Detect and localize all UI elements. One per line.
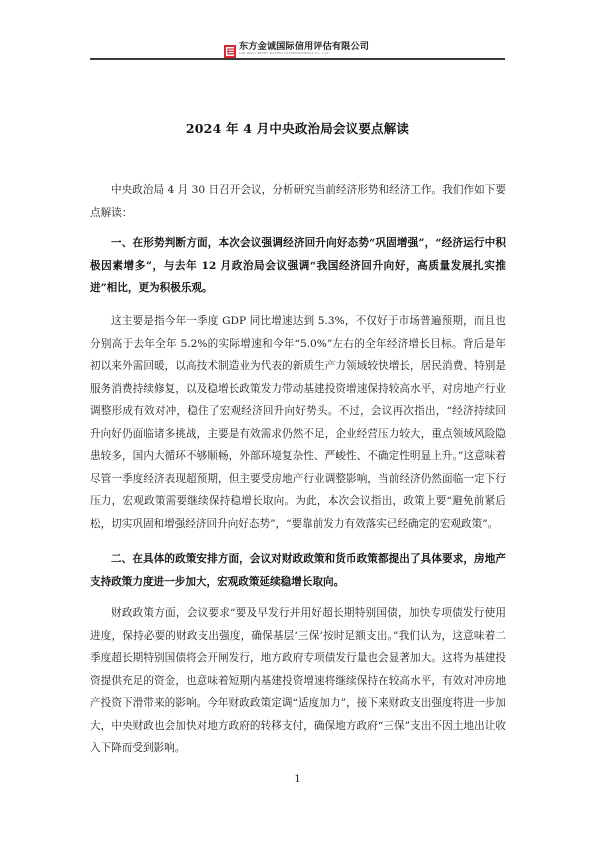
company-name-en: GOLDEN CREDIT RATING INTERNATIONAL Co., … [239,52,369,55]
page-header: 东方金诚国际信用评估有限公司 GOLDEN CREDIT RATING INTE… [0,40,595,62]
page-number: 1 [0,774,595,785]
body-paragraph: 财政政策方面，会议要求“要及早发行并用好超长期特别国债，加快专项债发行使用进度，… [90,602,506,760]
section-heading-2: 二、在具体的政策安排方面，会议对财政政策和货币政策都提出了具体要求，房地产支持政… [90,548,506,593]
document-title: 2024 年 4 月中央政治局会议要点解读 [0,119,595,137]
intro-paragraph: 中央政治局 4 月 30 日召开会议，分析研究当前经济形势和经济工作。我们作如下… [90,179,506,224]
header-divider [90,58,505,60]
body-paragraph: 这主要是指今年一季度 GDP 同比增速达到 5.3%，不仅好于市场普遍预期，而且… [90,310,506,535]
company-logo: 东方金诚国际信用评估有限公司 GOLDEN CREDIT RATING INTE… [224,42,369,58]
company-logo-icon [224,43,236,56]
company-name-cn: 东方金诚国际信用评估有限公司 [239,42,369,51]
section-heading-1: 一、在形势判断方面，本次会议强调经济回升向好态势“巩固增强”，“经济运行中积极因… [90,232,506,300]
